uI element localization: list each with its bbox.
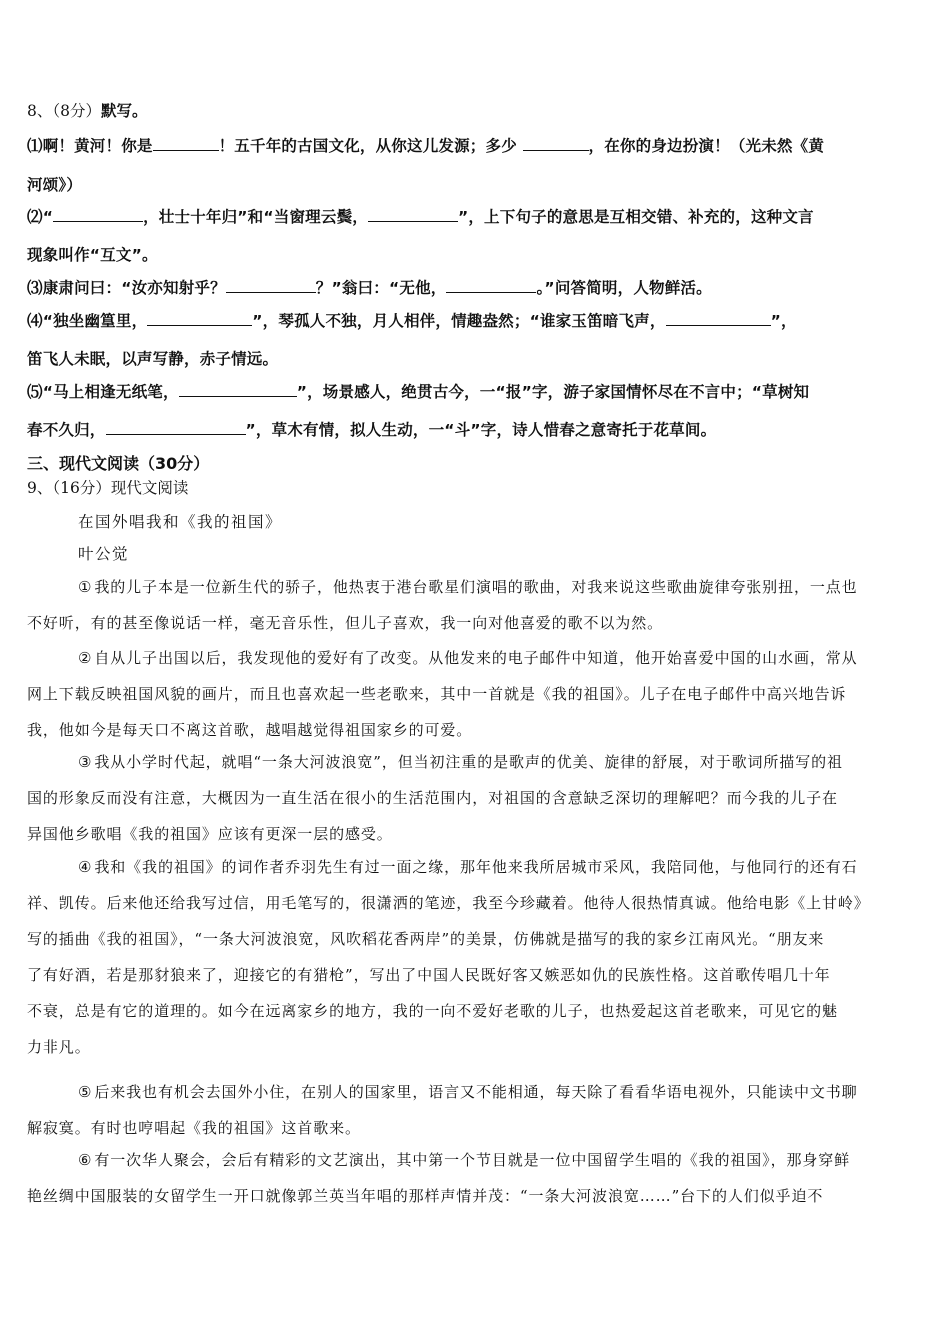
q8-text: ，壮士十年归”和“当窗理云鬓，	[143, 208, 368, 226]
answer-blank[interactable]	[153, 136, 219, 151]
paragraph-5-line: 解寂寞。有时也哼唱起《我的祖国》这首歌来。	[27, 1118, 361, 1138]
paragraph-marker: ④	[78, 858, 92, 876]
paragraph-3-line: ③我从小学时代起，就唱“一条大河波浪宽”，但当初注重的是歌声的优美、旋律的舒展，…	[78, 752, 843, 772]
q8-text: 河颂》）	[27, 176, 82, 194]
document-page: 8、（8分）默写。 ⑴啊！黄河！你是！五千年的古国文化，从你这儿发源；多少 ，在…	[0, 0, 950, 1344]
paragraph-6-line: ⑥有一次华人聚会，会后有精彩的文艺演出，其中第一个节目就是一位中国留学生唱的《我…	[78, 1150, 850, 1170]
paragraph-3-line: 国的形象反而没有注意，大概因为一直生活在很小的生活范围内，对祖国的含意缺乏深切的…	[27, 788, 838, 808]
answer-blank[interactable]	[368, 207, 458, 222]
paragraph-text: 力非凡。	[27, 1038, 91, 1056]
paragraph-marker: ⑥	[78, 1151, 92, 1169]
q8-number: 8、（8分）	[27, 102, 101, 120]
q8-item-1-line: 河颂》）	[27, 175, 82, 195]
answer-blank[interactable]	[523, 136, 589, 151]
paragraph-text: 祥、凯传。后来他还给我写过信，用毛笔写的，很潇洒的笔迹，我至今珍藏着。他待人很热…	[27, 894, 870, 912]
paragraph-4-line: ④我和《我的祖国》的词作者乔羽先生有过一面之缘，那年他来我所居城市采风，我陪同他…	[78, 857, 858, 877]
answer-blank[interactable]	[446, 278, 536, 293]
paragraph-text: 写的插曲《我的祖国》，“一条大河波浪宽，风吹稻花香两岸”的美景，仿佛就是描写的我…	[27, 930, 824, 948]
paragraph-1-line: 不好听，有的甚至像说话一样，毫无音乐性，但儿子喜欢，我一向对他喜爱的歌不以为然。	[27, 613, 663, 633]
paragraph-3-line: 异国他乡歌唱《我的祖国》应该有更深一层的感受。	[27, 824, 393, 844]
q8-text: 现象叫作“互文”。	[27, 246, 158, 264]
paragraph-2-line: 我，他如今是每天口不离这首歌，越唱越觉得祖国家乡的可爱。	[27, 720, 472, 740]
q8-item-2-line: 现象叫作“互文”。	[27, 245, 158, 265]
q8-text: 笛飞人未眠，以声写静，赤子情远。	[27, 350, 278, 368]
paragraph-text: 我的儿子本是一位新生代的骄子，他热衷于港台歌星们演唱的歌曲，对我来说这些歌曲旋律…	[94, 578, 857, 596]
q8-text: ”，上下句子的意思是互相交错、补充的，这种文言	[458, 208, 814, 226]
paragraph-marker: ⑤	[78, 1083, 92, 1101]
answer-blank[interactable]	[666, 311, 771, 326]
paragraph-text: 了有好酒，若是那豺狼来了，迎接它的有猎枪”，写出了中国人民既好客又嫉恶如仇的民族…	[27, 966, 831, 984]
paragraph-text: 自从儿子出国以后，我发现他的爱好有了改变。从他发来的电子邮件中知道，他开始喜爱中…	[94, 649, 857, 667]
q8-header: 8、（8分）默写。	[27, 101, 148, 121]
q8-item-4-line: ⑷“独坐幽篁里，”，琴孤人不独，月人相伴，情趣盎然；“谁家玉笛暗飞声，”，	[27, 311, 797, 331]
paragraph-4-line: 写的插曲《我的祖国》，“一条大河波浪宽，风吹稻花香两岸”的美景，仿佛就是描写的我…	[27, 929, 824, 949]
paragraph-4-line: 力非凡。	[27, 1037, 91, 1057]
section-three-heading: 三、现代文阅读（30分）	[27, 454, 209, 474]
paragraph-text: 异国他乡歌唱《我的祖国》应该有更深一层的感受。	[27, 825, 393, 843]
q8-text: 。”问答简明，人物鲜活。	[536, 279, 711, 297]
paragraph-text: 不衰，总是有它的道理的。如今在远离家乡的地方，我的一向不爱好老歌的儿子，也热爱起…	[27, 1002, 838, 1020]
paragraph-marker: ②	[78, 649, 92, 667]
q8-text: ！五千年的古国文化，从你这儿发源；多少	[219, 137, 523, 155]
q8-text: ”，草木有情，拟人生动，一“斗”字，诗人惜春之意寄托于花草间。	[246, 421, 717, 439]
q8-text: ，在你的身边扮演！（光未然《黄	[589, 137, 825, 155]
q8-item-5-line: 春不久归，”，草木有情，拟人生动，一“斗”字，诗人惜春之意寄托于花草间。	[27, 420, 716, 440]
q8-text: ⑵“	[27, 208, 53, 226]
paragraph-text: 解寂寞。有时也哼唱起《我的祖国》这首歌来。	[27, 1119, 361, 1137]
article-title: 在国外唱我和《我的祖国》	[78, 512, 282, 532]
q8-item-4-line: 笛飞人未眠，以声写静，赤子情远。	[27, 349, 278, 369]
q8-text: ⑷“独坐幽篁里，	[27, 312, 147, 330]
q8-title: 默写。	[101, 102, 148, 120]
paragraph-text: 国的形象反而没有注意，大概因为一直生活在很小的生活范围内，对祖国的含意缺乏深切的…	[27, 789, 838, 807]
paragraph-text: 我和《我的祖国》的词作者乔羽先生有过一面之缘，那年他来我所居城市采风，我陪同他，…	[94, 858, 857, 876]
q8-text: 春不久归，	[27, 421, 106, 439]
answer-blank[interactable]	[179, 382, 297, 397]
answer-blank[interactable]	[147, 311, 252, 326]
q8-item-5-line: ⑸“马上相逢无纸笔，”，场景感人，绝贯古今，一“报”字，游子家国情怀尽在不言中；…	[27, 382, 809, 402]
paragraph-2-line: 网上下载反映祖国风貌的画片，而且也喜欢起一些老歌来，其中一首就是《我的祖国》。儿…	[27, 684, 846, 704]
paragraph-text: 不好听，有的甚至像说话一样，毫无音乐性，但儿子喜欢，我一向对他喜爱的歌不以为然。	[27, 614, 663, 632]
paragraph-text: 后来我也有机会去国外小住，在别人的国家里，语言又不能相通，每天除了看看华语电视外…	[94, 1083, 857, 1101]
answer-blank[interactable]	[226, 278, 316, 293]
q8-text: ⑴啊！黄河！你是	[27, 137, 153, 155]
paragraph-text: 网上下载反映祖国风貌的画片，而且也喜欢起一些老歌来，其中一首就是《我的祖国》。儿…	[27, 685, 846, 703]
q8-item-1-line: ⑴啊！黄河！你是！五千年的古国文化，从你这儿发源；多少 ，在你的身边扮演！（光未…	[27, 136, 824, 156]
paragraph-6-line: 艳丝绸中国服装的女留学生一开口就像郭兰英当年唱的那样声情并茂：“一条大河波浪宽……	[27, 1186, 823, 1206]
q8-item-3-line: ⑶康肃问曰：“汝亦知射乎？？”翁曰：“无他，。”问答简明，人物鲜活。	[27, 278, 712, 298]
paragraph-4-line: 不衰，总是有它的道理的。如今在远离家乡的地方，我的一向不爱好老歌的儿子，也热爱起…	[27, 1001, 838, 1021]
q9-header: 9、（16分）现代文阅读	[27, 478, 188, 498]
paragraph-text: 我从小学时代起，就唱“一条大河波浪宽”，但当初注重的是歌声的优美、旋律的舒展，对…	[94, 753, 843, 771]
paragraph-text: 艳丝绸中国服装的女留学生一开口就像郭兰英当年唱的那样声情并茂：“一条大河波浪宽……	[27, 1187, 823, 1205]
q8-text: ⑶康肃问曰：“汝亦知射乎？	[27, 279, 226, 297]
paragraph-2-line: ②自从儿子出国以后，我发现他的爱好有了改变。从他发来的电子邮件中知道，他开始喜爱…	[78, 648, 858, 668]
paragraph-marker: ③	[78, 753, 92, 771]
q8-item-2-line: ⑵“，壮士十年归”和“当窗理云鬓，”，上下句子的意思是互相交错、补充的，这种文言	[27, 207, 814, 227]
paragraph-1-line: ①我的儿子本是一位新生代的骄子，他热衷于港台歌星们演唱的歌曲，对我来说这些歌曲旋…	[78, 577, 858, 597]
answer-blank[interactable]	[106, 420, 246, 435]
q8-text: ”，场景感人，绝贯古今，一“报”字，游子家国情怀尽在不言中；“草树知	[297, 383, 810, 401]
q8-text: ⑸“马上相逢无纸笔，	[27, 383, 179, 401]
q8-text: ”，	[771, 312, 797, 330]
article-author: 叶公觉	[78, 544, 129, 564]
paragraph-text: 我，他如今是每天口不离这首歌，越唱越觉得祖国家乡的可爱。	[27, 721, 472, 739]
q8-text: ”，琴孤人不独，月人相伴，情趣盎然；“谁家玉笛暗飞声，	[252, 312, 665, 330]
paragraph-5-line: ⑤后来我也有机会去国外小住，在别人的国家里，语言又不能相通，每天除了看看华语电视…	[78, 1082, 858, 1102]
paragraph-4-line: 了有好酒，若是那豺狼来了，迎接它的有猎枪”，写出了中国人民既好客又嫉恶如仇的民族…	[27, 965, 831, 985]
q8-text: ？”翁曰：“无他，	[316, 279, 447, 297]
paragraph-4-line: 祥、凯传。后来他还给我写过信，用毛笔写的，很潇洒的笔迹，我至今珍藏着。他待人很热…	[27, 893, 870, 913]
paragraph-marker: ①	[78, 578, 92, 596]
answer-blank[interactable]	[53, 207, 143, 222]
paragraph-text: 有一次华人聚会，会后有精彩的文艺演出，其中第一个节目就是一位中国留学生唱的《我的…	[94, 1151, 850, 1169]
